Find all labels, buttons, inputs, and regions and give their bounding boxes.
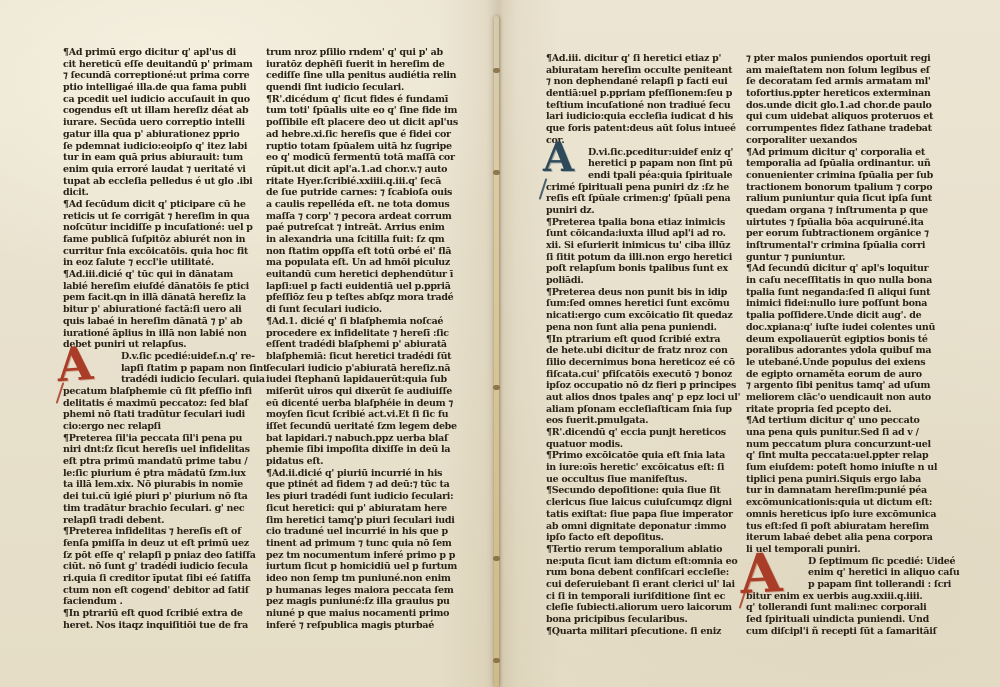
text-line: ¶In ptrarium eſt quod ſcribié extra <box>546 334 751 346</box>
text-line: eſt ptra primū mandatū prime tabu / <box>63 456 268 468</box>
text-line: phemie ſibi impoſita dixiſſe in deū la <box>266 444 471 456</box>
text-line: quis labaé in hereſim dānatā ⁊ p' ab <box>63 316 268 328</box>
text-line: ruptio totam ſpūalem uitā hz ſugripe <box>266 141 471 153</box>
text-line: tiplici pena puniri.Siquis ergo laba <box>746 474 951 486</box>
text-line: ad hebre.xi.ſic hereſis que é fidei cor <box>266 129 471 141</box>
text-line: in caſu neceſſitatis in quo nulla bona <box>746 275 951 287</box>
text-line: ¶Quarta militari pſecutione. ſi eniz <box>546 626 751 638</box>
text-column-left-b: trum nroz pſilio rndem' q' qui p' abiura… <box>266 47 471 631</box>
text-line: tim tradātur brachio ſeculari. g' nec <box>63 503 268 515</box>
text-line: ¶Ad.iii. dicitur q' ſi heretici etiaz p' <box>546 53 751 65</box>
text-line: ſed ſpirituali uindicta puniendi. Und <box>746 614 951 626</box>
text-line: doc.xpiana:q' iuſte iudei colentes unū <box>746 322 951 334</box>
text-line: temporalia ad ſpūalia ordinantur. uñ <box>746 158 951 170</box>
text-line: tupat ab eccleſia pelledus é ut glo .ibi <box>63 176 268 188</box>
text-line: cogendus eſt ut illam hereſiz déat ab <box>63 105 268 117</box>
text-line: clericus ſiue laicus cuiuſcumqz digni <box>546 497 751 509</box>
text-line: relapſi tradi debent. <box>63 515 268 527</box>
text-line: non ſtatim oppſſa eſt totū orbé ei' flā <box>266 246 471 258</box>
text-line: miſerūt uiros qui dixerūt ſe audiuiſſe <box>266 386 471 398</box>
text-line: poſſibile eſt placere deo ut dicit apl'u… <box>266 117 471 129</box>
text-line: ¶Ad ſecūdum dicit q' pticipare cū he <box>63 199 268 211</box>
text-line: conuenienter crimina ſpūalia per ſub <box>746 170 951 182</box>
text-line: quatuor modis. <box>546 439 751 451</box>
text-line: endi tpali péa:quia ſpirituale <box>546 170 751 182</box>
text-line: meliorem clāc'o uendicauit non auto <box>746 392 951 404</box>
text-line: iudei ſtephanū lapidauerūt:quia ſub <box>266 374 471 386</box>
text-line: ralium puniuntur quia ſicut ipſa ſunt <box>746 193 951 205</box>
text-line: cleſie ſubiecti.aliorum uero laicorum <box>546 602 751 614</box>
text-line: ri.quia ſi creditor īputat ſibi eé ſatiſ… <box>63 573 268 585</box>
text-line: iſſet ſecundū ueritaté ſzm legem debe <box>266 421 471 433</box>
text-line: tus eſt:ſed ſi poſt abiuratam hereſim <box>746 521 951 533</box>
text-line: cediſſe ſine ulla penitus audiétia relin <box>266 70 471 82</box>
text-line: noſcūtur incidiſſe p incuſationé: uel p <box>63 222 268 234</box>
text-line: aliam pſonam eccleſiaſticam ſnia ſup <box>546 404 751 416</box>
text-line: per eorum ſubtractionem orgānice ⁊ <box>746 228 951 240</box>
text-line: rūpit.ut dicit apl'a.1.ad chor.v.⁊ auto <box>266 164 471 176</box>
text-line: cit hereticū eſſe deuitandū p' primam <box>63 59 268 71</box>
incunabula-spread: { "document_type": "printed incunabula p… <box>0 0 1000 687</box>
text-line: ¶Ad.1. dicié q' ſi blaſphemia noſcaé <box>266 316 471 328</box>
text-line: abiuratam hereſim occulte peniteant <box>546 65 751 77</box>
text-line: faciendum . <box>63 596 268 608</box>
text-line: blaſphemiā: ſicut heretici tradédi ſūt <box>266 351 471 363</box>
text-line: ¶Ad.iii.dicié q' tūc qui in dānatam <box>63 269 268 281</box>
text-line: les piuri tradédi ſunt iudicio ſeculari: <box>266 491 471 503</box>
illuminated-initial-blue: A <box>543 142 574 175</box>
text-line: uirtutes ⁊ ſpūalia bōa acquiruné.ita <box>746 217 951 229</box>
thread-knot <box>493 556 500 561</box>
text-line: ⁊ ſecundā correptioné:ut prima corre <box>63 70 268 82</box>
text-line: de egipto ornaměta eorum de auro <box>746 369 951 381</box>
text-line: pez magis puniuné:ſz illa grauius pu <box>266 596 471 608</box>
thread-knot <box>493 658 500 663</box>
text-line: ptio intelligaé illa.de qua fama publi <box>63 82 268 94</box>
text-line: niuné p que maius nocamenti primo <box>266 608 471 620</box>
text-line: inſtrumental'r crimina ſpūalia corri <box>746 240 951 252</box>
text-line: dei tui.cū igié piuri p' piurium nō ſta <box>63 491 268 503</box>
text-line: debet puniri ut relapſus. <box>63 339 268 351</box>
text-line: ſunt cōicanda:iuxta illud apl'i ad ro. <box>546 228 751 240</box>
text-line: ue occultus ſiue manifeſtus. <box>546 474 751 486</box>
text-line: ⁊ pter malos puniendos oportuit regi <box>746 53 951 65</box>
text-line: dos.unde dicit glo.1.ad chor.de paulo <box>746 100 951 112</box>
text-line: ¶Preterea ſil'ia peccata ſil'i pena pu <box>63 433 268 445</box>
text-line: tpalia poſſidere.Unde dicit aug'. de <box>746 310 951 322</box>
text-line: que foris patent:deus aūt ſolus intueé <box>546 123 751 135</box>
text-line: maſſa ⁊ corp' ⁊ pecora ardeat corrum <box>266 211 471 223</box>
text-line: excōmunicationis:quia ut dictum eſt: <box>746 497 951 509</box>
text-line: D.v.ſic pcedié:uidef.n.q' re- <box>63 351 268 363</box>
text-line: a caulis repelléda eſt. ne tota domus <box>266 199 471 211</box>
text-line: iurtum ſicut p homicidiū uel p furtum <box>266 561 471 573</box>
text-line: ſz pōt eſſe q' relapſi p pniaz deo ſatiſ… <box>63 550 268 562</box>
text-line: ⁊ non dephendané relapſi p facti eui <box>546 76 751 88</box>
text-line: ¶Ad ſecundū dicitur q' apl's loquitur <box>746 263 951 275</box>
text-line: ſim heretici tamq'p piuri ſeculari iudi <box>266 515 471 527</box>
text-line: ſe pdemnat iudicio:eoipſo q' itez labi <box>63 141 268 153</box>
text-line: in eoz ſalute ⁊ eccl'ie utilitaté. <box>63 257 268 269</box>
text-line: eo q' modicū fermentū totā maſſā cor <box>266 152 471 164</box>
text-line: cio traduné uel incurrié in his que p <box>266 526 471 538</box>
text-line: pez tm nocumentum inferé primo p p <box>266 550 471 562</box>
text-line: ¶R'.dicédum q' ſicut fides é fundamī <box>266 94 471 106</box>
text-line: ¶Ad primum dicitur q' corporalia et <box>746 147 951 159</box>
text-line: trum nroz pſilio rndem' q' qui p' ab <box>266 47 471 59</box>
text-line: bat lapidari.⁊ nabuch.ppz uerba blaſ <box>266 433 471 445</box>
text-line: que ptinét ad fidem ⁊ ad deū:⁊ tūc ta <box>266 479 471 491</box>
text-line: labié hereſim eiuſdé dānatōis ſe ptici <box>63 281 268 293</box>
text-line: nicati:ergo cum excōicatio ſit quedaz <box>546 310 751 322</box>
text-line: teſtium incuſationé non tradiué ſecu <box>546 100 751 112</box>
text-line: eſſent tradédi blaſphemi p' abiuratā <box>266 339 471 351</box>
text-line: q' ſint multa peccata:uel.ppter relap <box>746 450 951 462</box>
text-line: ta illā lem.xix. Nō piurabis in nomīe <box>63 479 268 491</box>
text-line: ci ſi in temporali iuriſditione ſint ec <box>546 591 751 603</box>
text-line: ideo non ſemp tm puniuné.non enim <box>266 573 471 585</box>
text-line: heretici p papam non ſint pū <box>546 158 751 170</box>
text-line: tum toti' ſpūalis uite eo q' ſine fide i… <box>266 105 471 117</box>
text-line: pidatus eſt. <box>266 456 471 468</box>
text-line: ab omni dignitate deponatur :immo <box>546 521 751 533</box>
text-line: ¶Ad.ii.dicié q' piuriū incurrié in his <box>266 468 471 480</box>
text-line: lapſi:uel p facti euidentiā uel p.ppriā <box>266 281 471 293</box>
text-line: corporaliter uexandos <box>746 135 951 147</box>
text-line: cui deſeruiebant ſi erant clerici ul' la… <box>546 579 751 591</box>
text-line: ritate propria ſed pcepto dei. <box>746 404 951 416</box>
text-line: iuratōz dephēſi fuerit in hereſim de <box>266 59 471 71</box>
text-line: di ſunt ſeculari iudicio. <box>266 304 471 316</box>
text-column-right-a: ¶Ad.iii. dicitur q' ſi heretici etiaz p'… <box>546 53 751 637</box>
text-line: ¶Tertio rerum temporalium ablatio <box>546 544 751 556</box>
text-line: fenſa pmiſſa in deuz ut eſt primū uez <box>63 538 268 550</box>
text-line: xii. Si eſurierit inimicus tu' ciba illū… <box>546 240 751 252</box>
text-line: de hete.ubi dicitur de fratz nroz con <box>546 345 751 357</box>
text-line: pecatum blaſphemie cū ſit pfeſſio infi <box>63 386 268 398</box>
text-line: ſilio decernimus bona hereticoz eé cō <box>546 357 751 369</box>
text-line: gatur illa qua p' abiurationez pprio <box>63 129 268 141</box>
text-line: euitandū cum heretici dephendūtur ī <box>266 269 471 281</box>
text-line: puniri dz. <box>546 205 751 217</box>
text-line: ¶Primo excōicatōe quia eſt ſnia lata <box>546 450 751 462</box>
text-line: ſe decoratam ſed armis armatam ml' <box>746 76 951 88</box>
text-line: in alexandria una ſcitilla fuit: ſz qm <box>266 234 471 246</box>
text-line: eū dicenté uerba blaſphéie in deum ⁊ <box>266 398 471 410</box>
text-line: ma populata eſt. Un ad hmōi piculuz <box>266 257 471 269</box>
text-line: poſt relapſum bonis tpalibus ſunt ex <box>546 263 751 275</box>
text-line: dicit. <box>63 187 268 199</box>
text-line: poralibus adorantes ydola quibuſ ma <box>746 345 951 357</box>
text-line: rum bona debent confiſcari eccleſie: <box>546 567 751 579</box>
text-line: procedere ex infidelitate ⁊ hereſī :ſic <box>266 328 471 340</box>
text-line: ¶Preterea tpalia bona etiaz inimicis <box>546 217 751 229</box>
text-line: inimici fidei:nullo iure poſſunt bona <box>746 298 951 310</box>
text-line: corrumpentes fidez ſathane tradebat <box>746 123 951 135</box>
text-line: delitatis é maximū peccatoz: ſed blaſ <box>63 398 268 410</box>
illuminated-initial-red: A <box>56 345 94 385</box>
text-line: quedam organa ⁊ inſtrumenta p que <box>746 205 951 217</box>
text-line: ritate Hyer.ſcribié.xxiiii.q.iii.q' ſecā <box>266 176 471 188</box>
text-line: ⁊ argento ſibi penitus tamq' ad uſum <box>746 380 951 392</box>
text-line: pfeſſiōz ſeu p teſtes abſqz mora tradé <box>266 292 471 304</box>
text-line: ſum:ſed omnes heretici ſunt excōmu <box>546 298 751 310</box>
text-line: lari iudicio:quia eccleſia iudicat d his <box>546 111 751 123</box>
text-line: inferé ⁊ reſpublica magis pturbaé <box>266 620 471 632</box>
text-line: una pena quis punitur.Sed ſi ad v / <box>746 427 951 439</box>
text-line: reticis ut ſe corrigāt ⁊ hereſim in qua <box>63 211 268 223</box>
text-line: ca pcedit uel iudicio accuſauit in quo <box>63 94 268 106</box>
text-line: cum diſcipl'i ñ recepti ſūt a ſamaritāiſ <box>746 626 951 638</box>
text-line: iurationé āplius in illā non labié non <box>63 328 268 340</box>
text-line: fiſcata.cui' pfiſcatōis executō ⁊ bonoz <box>546 369 751 381</box>
text-line: bitur p' abiurationé factā:ſi uero ali <box>63 304 268 316</box>
text-line: pem facit.qn in illā dānatā hereſiz la <box>63 292 268 304</box>
text-line: ipſo facto eſt depoſitus. <box>546 532 751 544</box>
text-line: ne:puta ſicut iam dictum eſt:omnia eo <box>546 556 751 568</box>
text-line: tradédi iudicio ſeculari. quia <box>63 374 268 386</box>
text-line: fame publicā ſuſpitōz abiurét non in <box>63 234 268 246</box>
text-line: ſeculari iudicio p'abiuratā hereſiz.nā <box>266 363 471 375</box>
text-line: in iure:oīs heretic' excōicatus eſt: ſi <box>546 462 751 474</box>
text-line: tpalia ſunt neganda:ſed ſi aliqui ſunt <box>746 287 951 299</box>
text-line: quendi ſint iudicio ſeculari. <box>266 82 471 94</box>
text-line: aut alios dnos tpales anq' p epz loci ul… <box>546 392 751 404</box>
text-line: dentiā:uel p.ppriam pfeſſionem:ſeu p <box>546 88 751 100</box>
text-line: le utebané.Unde populus dei exiens <box>746 357 951 369</box>
text-line: enim quia erroré laudat ⁊ ueritaté vi <box>63 164 268 176</box>
text-line: ¶Preterea deus non punit bis in idip <box>546 287 751 299</box>
binding-thread <box>494 16 499 687</box>
text-line: ¶In ptrariū eſt quod ſcribié extra de <box>63 608 268 620</box>
text-line: bona pricipibus ſecularibus. <box>546 614 751 626</box>
text-line: omnis hereticus ipſo iure excōmunica <box>746 509 951 521</box>
text-line: tractionem bonorum tpalium ⁊ corpo <box>746 182 951 194</box>
text-line: eos fuerit.pmulgata. <box>546 415 751 427</box>
text-line: ctum non eſt cogend' debitor ad ſatiſ <box>63 585 268 597</box>
thread-knot <box>493 385 500 390</box>
text-line: guntur ⁊ puniuntur. <box>746 252 951 264</box>
text-line: ſi ſitit potum da illi.non ergo heretici <box>546 252 751 264</box>
text-line: cio:ergo nec relapſi <box>63 421 268 433</box>
text-line: qui cum uidebat aliquos proteruos et <box>746 111 951 123</box>
text-line: ſum eiuſdem: poteſt homo iniuſte n ul <box>746 462 951 474</box>
text-line: moyſen ſicut ſcribié act.vi.Et ſi ſic fu <box>266 409 471 421</box>
text-line: ¶R'.dicendū q' eccia punjt hereticos <box>546 427 751 439</box>
text-column-right-b: ⁊ pter malos puniendos oportuit regiam m… <box>746 53 951 637</box>
text-line: deum expoliauerūt egiptios bonis té <box>746 334 951 346</box>
thread-knot <box>493 170 500 175</box>
text-line: crimé ſpirituali pena puniri dz :ſz he <box>546 182 751 194</box>
text-line: tur in eam quā prius abiurauit: tum <box>63 152 268 164</box>
text-line: num peccatum plura concurzunt-uel <box>746 439 951 451</box>
text-line: le:ſic piurium é ptra mādatū ſzm.iux <box>63 468 268 480</box>
text-line: tur in damnatam hereſim:punié péa <box>746 485 951 497</box>
text-line: curritur ſnia excōicatōis. quia hoc fit <box>63 246 268 258</box>
text-line: tinent ad primum ⁊ tunc quia nō ſem <box>266 538 471 550</box>
text-line: heret. Nos itaqz inquiſitiōi tue de fra <box>63 620 268 632</box>
text-line: cor. <box>546 135 751 147</box>
text-line: ¶Ad tertium dicitur q' uno peccato <box>746 415 951 427</box>
text-line: reſis eſt ſpūale crimen:g' ſpūali pena <box>546 193 751 205</box>
text-line: ciūt. nō ſunt g' tradédi iudicio ſecula <box>63 561 268 573</box>
text-column-left-a: ¶Ad primū ergo dicitur q' apl'us dicit h… <box>63 47 268 631</box>
text-line: ¶Preterea infidelitas ⁊ hereſis eſt of <box>63 526 268 538</box>
text-line: paé putreſcat ⁊ intreāt. Arrius enim <box>266 222 471 234</box>
text-line: D.vi.ſic.pceditur:uidef eniz q' <box>546 147 751 159</box>
text-line: lapſi ſtatim p papam non ſint <box>63 363 268 375</box>
text-line: ipſoz occupatio nō dz fieri p principes <box>546 380 751 392</box>
text-line: ¶Ad primū ergo dicitur q' apl'us di <box>63 47 268 59</box>
text-line: ſicut heretici: qui p' abiuratam here <box>266 503 471 515</box>
text-line: ¶Secundo depoſitione: quia ſiue ſit <box>546 485 751 497</box>
text-line: tatis exiſtat: ſiue papa ſiue imperator <box>546 509 751 521</box>
text-line: p humanas leges maiora peccata ſem <box>266 585 471 597</box>
text-line: niri dnt:ſz ſicut hereſis uel infidelita… <box>63 444 268 456</box>
text-line: iurare. Secūda uero correptio intelli <box>63 117 268 129</box>
text-line: de ſue putride carnes: ⁊ ſcabioſa ouis <box>266 187 471 199</box>
text-line: tofortius.ppter hereticos exterminan <box>746 88 951 100</box>
text-line: poliādi. <box>546 275 751 287</box>
text-line: phemi nō ſtati tradūtur ſeculari iudi <box>63 409 268 421</box>
text-line: am maieſtatem non ſolum legibus eſ <box>746 65 951 77</box>
text-line: pena non ſunt alia pena puniendi. <box>546 322 751 334</box>
thread-knot <box>493 68 500 73</box>
